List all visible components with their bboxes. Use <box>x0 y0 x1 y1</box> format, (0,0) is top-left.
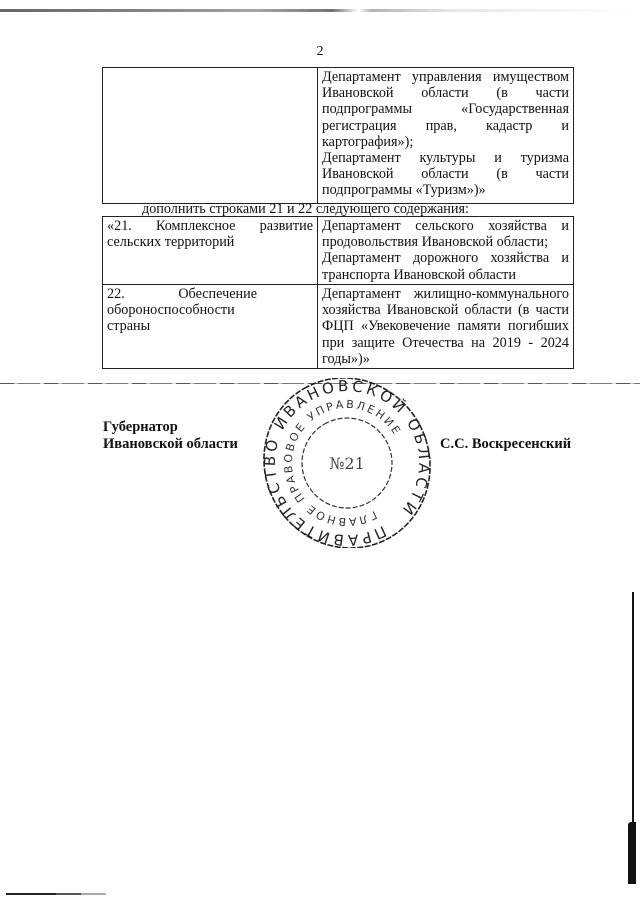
table-row: 22. Обеспечение обороноспособности стран… <box>103 285 574 369</box>
page-number: 2 <box>0 44 640 60</box>
signature-title-line2: Ивановской области <box>103 436 238 453</box>
scan-artifact-bottom <box>6 893 106 895</box>
table-cell-executors: Департамент жилищно-коммунального хозяйс… <box>318 285 574 369</box>
table-cell-program <box>103 68 318 204</box>
executor-text: Департамент дорожного хозяйства и трансп… <box>322 250 569 282</box>
executor-text: Департамент культуры и туризма Ивановско… <box>322 150 569 199</box>
signature-title-line1: Губернатор <box>103 419 238 436</box>
table-cell-program: 22. Обеспечение обороноспособности стран… <box>103 285 318 369</box>
executor-text: Департамент сельского хозяйства и продов… <box>322 218 569 250</box>
table-row: «21. Комплексное развитие сельских терри… <box>103 217 574 285</box>
table-continued: Департамент управления имуществом Иванов… <box>102 67 574 204</box>
program-text: «21. Комплексное развитие сельских терри… <box>107 218 313 250</box>
program-text: 22. Обеспечение обороноспособности стран… <box>107 286 257 335</box>
table-cell-executors: Департамент сельского хозяйства и продов… <box>318 217 574 285</box>
table-row: Департамент управления имуществом Иванов… <box>103 68 574 204</box>
official-stamp: ПРАВИТЕЛЬСТВО ИВАНОВСКОЙ ОБЛАСТИ ГЛАВНОЕ… <box>254 378 440 548</box>
scan-artifact-right-blob <box>628 822 636 884</box>
table-cell-executors: Департамент управления имуществом Иванов… <box>318 68 574 204</box>
table-cell-program: «21. Комплексное развитие сельских терри… <box>103 217 318 285</box>
executor-text: Департамент управления имуществом Иванов… <box>322 69 569 150</box>
scan-artifact-top <box>0 9 640 12</box>
stamp-center-text: №21 <box>329 454 365 473</box>
executor-text: Департамент жилищно-коммунального хозяйс… <box>322 286 569 367</box>
signature-title: Губернатор Ивановской области <box>103 419 238 453</box>
signatory-name: С.С. Воскресенский <box>440 436 571 453</box>
table-new-rows: «21. Комплексное развитие сельских терри… <box>102 216 574 369</box>
